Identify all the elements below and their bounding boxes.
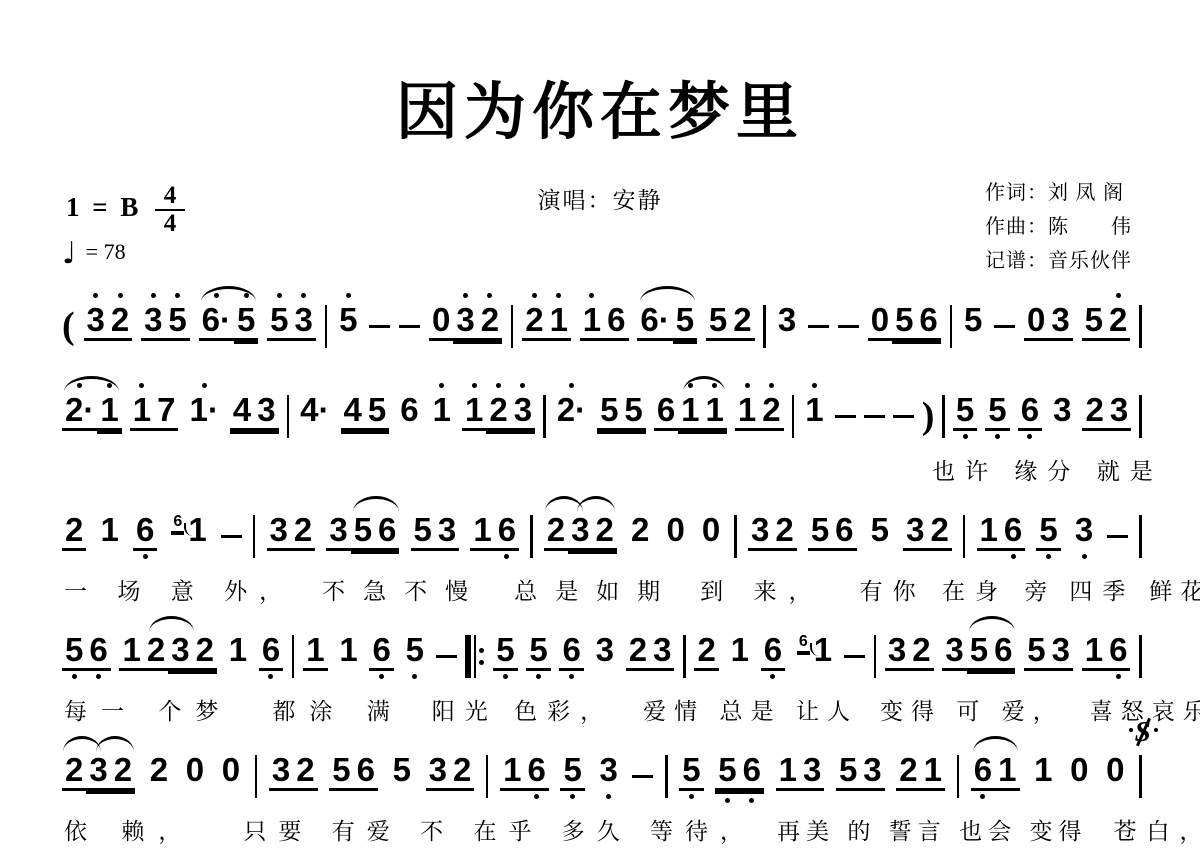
- sheet-music-page: 因为你在梦里 演唱：安静 作词：刘 凤 阁 作曲：陈 伟 记谱：音乐伙伴 1 =…: [0, 0, 1200, 850]
- octave-dot-low: [1082, 554, 1087, 559]
- note-group: 0: [663, 513, 687, 551]
- note-group: [734, 515, 737, 551]
- duration-dash: [994, 325, 1015, 342]
- note: 3: [860, 753, 884, 791]
- note: 5: [953, 393, 977, 431]
- lyric-segment: 再美 的 誓言 也会 变得: [777, 813, 1088, 846]
- note-group: 2: [62, 513, 86, 551]
- octave-dot-low: [725, 798, 730, 803]
- octave-dot-high: [688, 383, 693, 388]
- lyric-segment: 不急不慢: [322, 573, 486, 606]
- note: 6: [259, 633, 283, 671]
- note: 3: [86, 753, 110, 791]
- score-line-5: 2322003256532165355613532161100S: [62, 745, 1142, 791]
- note: 3: [269, 753, 293, 791]
- note-group: 1·: [186, 393, 221, 431]
- duration-dash: [808, 325, 829, 342]
- note-group: 032: [429, 303, 502, 341]
- note: 4: [341, 393, 365, 431]
- note: 6: [524, 753, 548, 791]
- barline: [325, 305, 328, 348]
- octave-dot-low: [963, 434, 968, 439]
- note: 3: [596, 753, 620, 791]
- note-group: 52: [1082, 303, 1131, 341]
- grace-note: 6: [171, 513, 184, 533]
- note-group: 6·5: [199, 303, 259, 341]
- note-group: [632, 775, 653, 792]
- note-group: 6: [761, 633, 785, 671]
- note: 1: [303, 633, 327, 671]
- note: 1: [995, 753, 1019, 791]
- note-group: 0: [219, 753, 243, 791]
- note: 2: [544, 513, 568, 551]
- note: 3: [326, 513, 350, 551]
- note: 5: [868, 513, 892, 551]
- octave-dot-high: [1116, 293, 1121, 298]
- note-group: [1139, 395, 1142, 431]
- note: 3: [1107, 393, 1131, 431]
- note: 5: [165, 303, 189, 341]
- note: 6: [375, 513, 399, 551]
- note: 5: [526, 633, 550, 671]
- note: 3: [141, 303, 165, 341]
- note-group: 32: [885, 633, 934, 671]
- note-group: 23: [1082, 393, 1131, 431]
- note-group: 0: [1067, 753, 1091, 791]
- note-group: 2: [147, 753, 171, 791]
- duration-dash: [221, 535, 242, 552]
- score-line-2: 2·1171·434·45611232·55611121)556323: [62, 385, 1142, 431]
- lyric-segment: 都涂 满: [272, 693, 403, 726]
- note: 1: [119, 633, 143, 671]
- lyric-segment: 变得 可 爱，: [880, 693, 1064, 726]
- repeat-begin-sign: [465, 635, 484, 678]
- note: 5: [267, 303, 291, 341]
- note-group: 1: [430, 393, 454, 431]
- note-group: [511, 305, 514, 341]
- note: 1: [811, 633, 835, 671]
- score-line-3: 2166132356531623220032565321653: [62, 505, 1142, 551]
- octave-dot-low: [143, 554, 148, 559]
- note: 4: [230, 393, 254, 431]
- octave-dot-high: [214, 293, 219, 298]
- note-group: 53: [836, 753, 885, 791]
- note-group: 356: [942, 633, 1015, 671]
- time-numerator: 4: [155, 183, 185, 211]
- note: 5: [62, 633, 86, 671]
- note-group: 32: [748, 513, 797, 551]
- note-group: 16: [977, 513, 1026, 551]
- octave-dot-low: [268, 674, 273, 679]
- octave-dot-high: [202, 383, 207, 388]
- note: 5: [715, 753, 739, 791]
- barline: [957, 755, 960, 798]
- slur-arc: [577, 496, 615, 512]
- note: 1: [728, 633, 752, 671]
- note: 5: [673, 303, 697, 341]
- note-group: 13: [776, 753, 825, 791]
- note: 1: [776, 753, 800, 791]
- note-group: 0: [1103, 753, 1127, 791]
- note: 1: [580, 303, 604, 341]
- note: 3: [426, 753, 450, 791]
- octave-dot-low: [570, 794, 575, 799]
- octave-dot-low: [96, 674, 101, 679]
- note-group: 2·1: [62, 393, 122, 431]
- credit-transcriber: 记谱：音乐伙伴: [985, 244, 1132, 278]
- note: 5: [1024, 633, 1048, 671]
- lyric-segment: 依 赖，: [64, 813, 195, 846]
- note: 3: [903, 513, 927, 551]
- rest-note: 0: [1103, 753, 1127, 791]
- duration-dash: [864, 415, 885, 432]
- grace-note: 6: [797, 633, 810, 653]
- slur-arc: [353, 496, 400, 512]
- octave-dot-high: [439, 383, 444, 388]
- note: 6: [916, 303, 940, 341]
- note: 6: [397, 393, 421, 431]
- note: 3: [84, 303, 108, 341]
- slur-arc: [969, 616, 1016, 632]
- octave-dot-high: [532, 293, 537, 298]
- note-group: [436, 655, 457, 672]
- note: 3: [511, 393, 535, 431]
- note: 3: [453, 303, 477, 341]
- octave-dot-high: [487, 293, 492, 298]
- note: 5: [892, 303, 916, 341]
- note: 5: [967, 633, 991, 671]
- rest-note: 0: [1024, 303, 1048, 341]
- barline: [734, 515, 737, 558]
- lyric-segment: 总是如期: [514, 573, 678, 606]
- note-group: 35: [141, 303, 190, 341]
- octave-dot-high: [93, 293, 98, 298]
- note: 2: [62, 513, 86, 551]
- note: 2: [147, 753, 171, 791]
- rest-note: 0: [183, 753, 207, 791]
- note: 2: [144, 633, 168, 671]
- score-line-1: (32356·553503221166·552305650352: [62, 295, 1142, 341]
- note: 2: [927, 513, 951, 551]
- note: 5: [679, 753, 703, 791]
- note-group: 6: [397, 393, 421, 431]
- duration-dash: [835, 415, 856, 432]
- note-group: [942, 395, 945, 431]
- note-group: [486, 755, 489, 791]
- note: 3: [885, 633, 909, 671]
- note-group: 5: [961, 303, 985, 341]
- lyric-segment: 有你 在身 旁: [860, 573, 1058, 606]
- note: 1: [678, 393, 702, 431]
- note: 1: [430, 393, 454, 431]
- note-group: [838, 325, 859, 342]
- note: 6: [604, 303, 628, 341]
- octave-dot-high: [745, 383, 750, 388]
- parenthesis: ): [922, 398, 935, 434]
- credits-block: 作词：刘 凤 阁 作曲：陈 伟 记谱：音乐伙伴: [985, 176, 1132, 278]
- note: 3: [942, 633, 966, 671]
- barline: [683, 635, 686, 678]
- note-group: [957, 755, 960, 791]
- note-group: 1: [226, 633, 250, 671]
- note-group: S: [1139, 755, 1142, 791]
- note-group: 61: [794, 633, 835, 671]
- octave-dot-high: [277, 293, 282, 298]
- octave-dot-low: [72, 674, 77, 679]
- note-group: 232: [62, 753, 135, 791]
- note-group: 6·5: [637, 303, 697, 341]
- note-group: 3: [1072, 513, 1096, 551]
- note-group: [994, 325, 1015, 342]
- note: 6: [86, 633, 110, 671]
- lyric-segment: 也许 缘分 就是: [932, 453, 1163, 486]
- final-barline: [1139, 755, 1142, 798]
- note-group: 5: [679, 753, 703, 791]
- note-group: 5: [336, 303, 360, 341]
- note-group: [325, 305, 328, 341]
- note-group: [292, 635, 295, 671]
- note: 2: [772, 513, 796, 551]
- note: 1: [226, 633, 250, 671]
- note-group: 45: [341, 393, 390, 431]
- octave-dot-low: [569, 674, 574, 679]
- note-group: 1: [802, 393, 826, 431]
- note-group: 5: [526, 633, 550, 671]
- octave-dot-high: [569, 383, 574, 388]
- note-group: 232: [544, 513, 617, 551]
- note-group: 16: [1082, 633, 1131, 671]
- rest-note: 0: [699, 513, 723, 551]
- octave-dot-low: [1116, 674, 1121, 679]
- note-group: [1139, 515, 1142, 551]
- note-group: 17: [130, 393, 179, 431]
- tempo-value: = 78: [86, 239, 126, 264]
- octave-dot-low: [412, 674, 417, 679]
- octave-dot-high: [520, 383, 525, 388]
- note-group: 32: [903, 513, 952, 551]
- note: 6: [654, 393, 678, 431]
- note-group: [369, 325, 390, 342]
- lyric-segment: 爱情 总是 让人: [643, 693, 858, 726]
- note: 5: [597, 393, 621, 431]
- note-group: 56: [62, 633, 111, 671]
- barline: [1139, 305, 1142, 348]
- note: 1: [500, 753, 524, 791]
- note-group: 5: [953, 393, 977, 431]
- octave-dot-low: [503, 674, 508, 679]
- note-group: 5: [390, 753, 414, 791]
- quarter-note-icon: ♩: [62, 236, 76, 271]
- note-group: 21: [522, 303, 571, 341]
- note: 5: [706, 303, 730, 341]
- note-group: 3: [775, 303, 799, 341]
- note-group: [221, 535, 242, 552]
- note-group: 056: [868, 303, 941, 341]
- note-group: [844, 655, 865, 672]
- note-group: 03: [1024, 303, 1073, 341]
- note: 1·: [186, 393, 221, 431]
- barline: [1139, 515, 1142, 558]
- note-group: [1139, 305, 1142, 341]
- octave-dot-low: [379, 674, 384, 679]
- lyric-segment: 到 来，: [700, 573, 823, 606]
- note: 5: [1036, 513, 1060, 551]
- note: 5: [621, 393, 645, 431]
- note-group: 16: [500, 753, 549, 791]
- note-group: 1232: [119, 633, 216, 671]
- octave-dot-high: [107, 383, 112, 388]
- note: 3: [650, 633, 674, 671]
- octave-dot-low: [749, 798, 754, 803]
- barline: [543, 395, 546, 438]
- duration-dash: [632, 775, 653, 792]
- note-group: [893, 415, 914, 432]
- rest-note: 0: [219, 753, 243, 791]
- note-group: 1: [97, 513, 121, 551]
- slur-arc: [149, 616, 194, 632]
- note-group: [530, 515, 533, 551]
- note: 1: [802, 393, 826, 431]
- duration-dash: [369, 325, 390, 342]
- note-group: 0: [183, 753, 207, 791]
- octave-dot-high: [175, 293, 180, 298]
- note: 2: [111, 753, 135, 791]
- duration-dash: [893, 415, 914, 432]
- note-group: [963, 515, 966, 551]
- note: 1: [703, 393, 727, 431]
- note: 3: [168, 633, 192, 671]
- note-group: [253, 515, 256, 551]
- note-group: 5: [868, 513, 892, 551]
- note: 5: [365, 393, 389, 431]
- note: 2: [293, 753, 317, 791]
- note-group: 53: [411, 513, 460, 551]
- barline: [942, 395, 945, 438]
- note-group: [864, 415, 885, 432]
- note: 7: [154, 393, 178, 431]
- note: 2: [291, 513, 315, 551]
- note: 2: [486, 393, 510, 431]
- note: 6: [1018, 393, 1042, 431]
- note-group: 6: [1018, 393, 1042, 431]
- note: 4·: [297, 393, 332, 431]
- lyric-segment: 每一 个梦: [64, 693, 232, 726]
- note: 1: [1082, 633, 1106, 671]
- note-group: 32: [267, 513, 316, 551]
- note: 6: [369, 633, 393, 671]
- lyric-segment: 四季: [1069, 573, 1135, 606]
- note: 5: [493, 633, 517, 671]
- note-group: 5: [493, 633, 517, 671]
- note-group: 21: [896, 753, 945, 791]
- duration-dash: [838, 325, 859, 342]
- note: 2: [759, 393, 783, 431]
- note: 2: [896, 753, 920, 791]
- octave-dot-high: [472, 383, 477, 388]
- note: 6: [559, 633, 583, 671]
- note-group: 61: [971, 753, 1020, 791]
- note: 1: [130, 393, 154, 431]
- note: 6: [971, 753, 995, 791]
- note-group: 5: [403, 633, 427, 671]
- note-group: 611: [654, 393, 727, 431]
- note: 2: [1082, 393, 1106, 431]
- note-group: 32: [426, 753, 475, 791]
- lyric-line-3: 一 场 意 外，不急不慢总是如期到 来，有你 在身 旁四季鲜花 盛开，: [64, 573, 1142, 606]
- note-group: 1: [303, 633, 327, 671]
- score-line-4: 56123216116555632321661323565316: [62, 625, 1142, 671]
- barline: [665, 755, 668, 798]
- octave-dot-low: [770, 674, 775, 679]
- note: 2: [626, 633, 650, 671]
- note-group: [763, 305, 766, 341]
- lyric-line-2: 也许 缘分 就是: [64, 453, 1142, 486]
- barline: [486, 755, 489, 798]
- note-group: 1: [336, 633, 360, 671]
- octave-dot-low: [534, 794, 539, 799]
- note: 6: [761, 633, 785, 671]
- octave-dot-high: [769, 383, 774, 388]
- octave-dot-low: [1046, 554, 1051, 559]
- lyric-segment: 多久 等待，: [562, 813, 755, 846]
- octave-dot-high: [556, 293, 561, 298]
- note: 5: [836, 753, 860, 791]
- note: 3: [748, 513, 772, 551]
- note: 2: [450, 753, 474, 791]
- note-group: 6: [259, 633, 283, 671]
- note: 2·: [62, 393, 97, 431]
- octave-dot-low: [536, 674, 541, 679]
- note: 1: [921, 753, 945, 791]
- note: 2: [478, 303, 502, 341]
- note: 6: [991, 633, 1015, 671]
- barline: [511, 305, 514, 348]
- note-group: 61: [168, 513, 209, 551]
- note: 3: [435, 513, 459, 551]
- time-signature: 4 4: [155, 183, 185, 237]
- octave-dot-high: [496, 383, 501, 388]
- octave-dot-low: [1027, 434, 1032, 439]
- note-group: 16: [580, 303, 629, 341]
- note: 2: [108, 303, 132, 341]
- note-group: [792, 395, 795, 431]
- barline: [874, 635, 877, 678]
- note-group: 32: [269, 753, 318, 791]
- note: 1: [547, 303, 571, 341]
- octave-dot-high: [118, 293, 123, 298]
- note: 6: [1001, 513, 1025, 551]
- note: 1: [97, 513, 121, 551]
- note-group: 4·: [297, 393, 332, 431]
- note: 3: [254, 393, 278, 431]
- note: 1: [97, 393, 121, 431]
- duration-dash: [844, 655, 865, 672]
- note: 2: [593, 513, 617, 551]
- note-group: 12: [735, 393, 784, 431]
- slur-arc: [640, 286, 695, 302]
- octave-dot-high: [151, 293, 156, 298]
- note-group: [665, 755, 668, 791]
- octave-dot-high: [244, 293, 249, 298]
- note: 3: [1072, 513, 1096, 551]
- note: 5: [961, 303, 985, 341]
- segno-icon: S: [1130, 717, 1156, 751]
- note: 6: [832, 513, 856, 551]
- octave-dot-high: [346, 293, 351, 298]
- slur-arc: [96, 736, 134, 752]
- barline: [292, 635, 295, 678]
- note: 5: [351, 513, 375, 551]
